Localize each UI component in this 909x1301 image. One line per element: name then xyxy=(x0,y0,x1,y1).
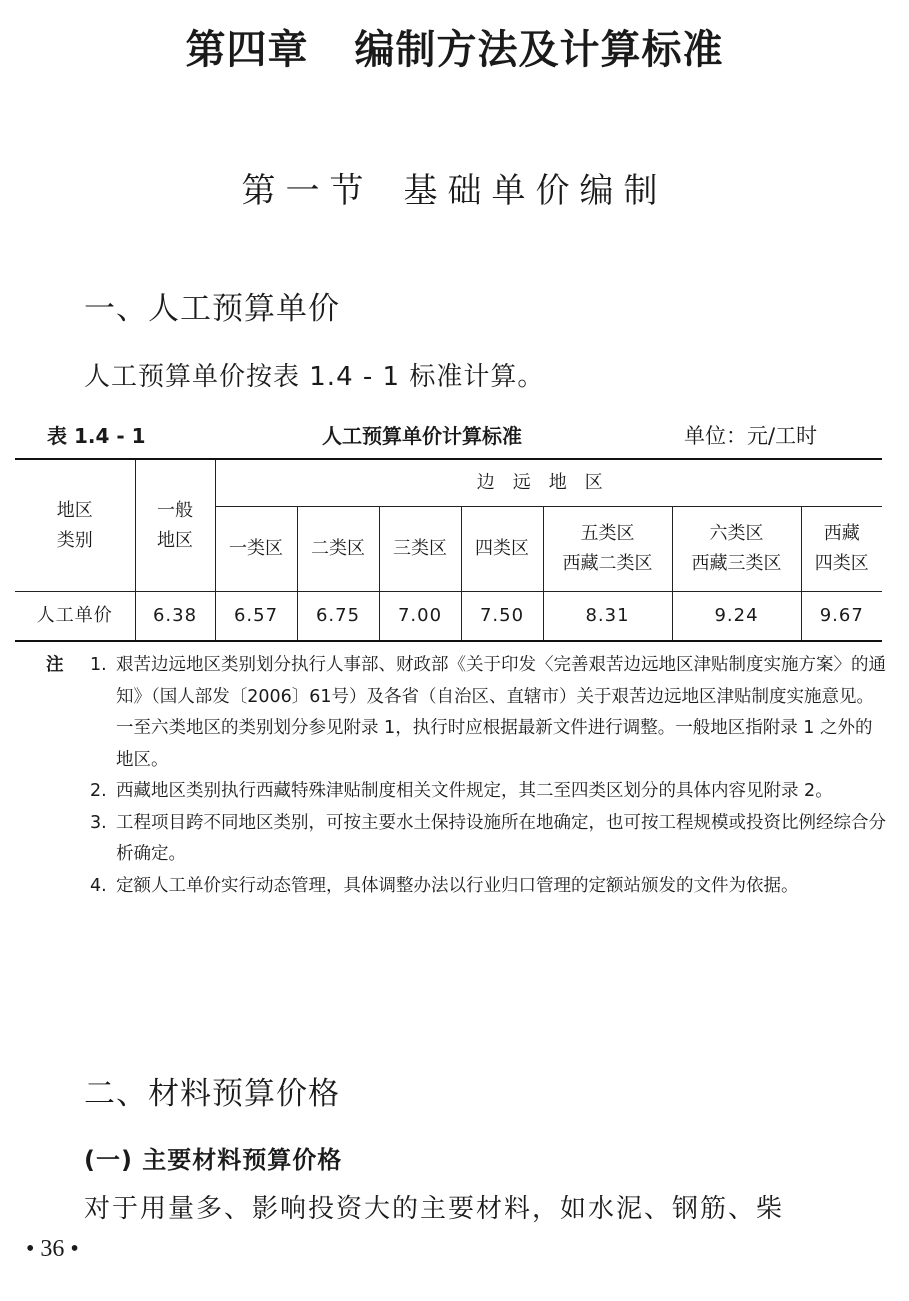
cell-value: 6.75 xyxy=(297,592,379,642)
note-text: 西藏地区类别执行西藏特殊津贴制度相关文件规定，其二至四类区划分的具体内容见附录 … xyxy=(116,781,833,801)
subheading-main-material: (一) 主要材料预算价格 xyxy=(84,1140,342,1175)
cell-value: 9.24 xyxy=(672,592,801,642)
chapter-label: 第四章 xyxy=(186,26,309,73)
header-general-region: 一般 地区 xyxy=(135,459,215,592)
note-item: 4. 定额人工单价实行动态管理，具体调整办法以行业归口管理的定额站颁发的文件为依… xyxy=(46,871,886,903)
note-item: 3. 工程项目跨不同地区类别，可按主要水土保持设施所在地确定，也可按工程规模或投… xyxy=(46,808,886,871)
table-unit: 单位：元/工时 xyxy=(684,420,817,450)
header-col: 五类区 西藏二类区 xyxy=(543,507,672,592)
header-col: 六类区 西藏三类区 xyxy=(672,507,801,592)
header-col: 西藏 四类区 xyxy=(801,507,882,592)
paragraph-labor-intro: 人工预算单价按表 1.4 - 1 标准计算。 xyxy=(84,356,544,393)
cell-value: 9.67 xyxy=(801,592,882,642)
cell-value: 8.31 xyxy=(543,592,672,642)
chapter-name: 编制方法及计算标准 xyxy=(355,26,724,73)
cell-value: 6.57 xyxy=(215,592,297,642)
table-id: 表 1.4 - 1 xyxy=(47,420,146,449)
header-col: 三类区 xyxy=(379,507,461,592)
section-label: 第一节 xyxy=(242,171,374,211)
heading-material-price: 二、材料预算价格 xyxy=(84,1068,340,1113)
note-number: 3. xyxy=(90,808,107,840)
section-name: 基础单价编制 xyxy=(404,171,668,211)
note-number: 4. xyxy=(90,871,107,903)
header-region-category: 地区 类别 xyxy=(15,459,135,592)
paragraph-main-material: 对于用量多、影响投资大的主要材料，如水泥、钢筋、柴 xyxy=(84,1188,784,1225)
table-notes: 注 1. 艰苦边远地区类别划分执行人事部、财政部《关于印发〈完善艰苦边远地区津贴… xyxy=(46,650,886,902)
note-text: 艰苦边远地区类别划分执行人事部、财政部《关于印发〈完善艰苦边远地区津贴制度实施方… xyxy=(116,655,886,770)
cell-value: 7.00 xyxy=(379,592,461,642)
cell-value: 6.38 xyxy=(135,592,215,642)
note-item: 2. 西藏地区类别执行西藏特殊津贴制度相关文件规定，其二至四类区划分的具体内容见… xyxy=(46,776,886,808)
note-text: 工程项目跨不同地区类别，可按主要水土保持设施所在地确定，也可按工程规模或投资比例… xyxy=(116,813,886,865)
header-col: 四类区 xyxy=(461,507,543,592)
note-text: 定额人工单价实行动态管理，具体调整办法以行业归口管理的定额站颁发的文件为依据。 xyxy=(116,876,799,896)
section-title: 第一节基础单价编制 xyxy=(0,163,909,212)
note-number: 1. xyxy=(90,650,107,682)
header-col: 一类区 xyxy=(215,507,297,592)
note-item: 1. 艰苦边远地区类别划分执行人事部、财政部《关于印发〈完善艰苦边远地区津贴制度… xyxy=(46,650,886,776)
row-label: 人工单价 xyxy=(15,592,135,642)
table-title: 人工预算单价计算标准 xyxy=(322,420,522,449)
page-number: • 36 • xyxy=(26,1236,79,1263)
header-remote-region: 边远地区 xyxy=(215,459,882,507)
cell-value: 7.50 xyxy=(461,592,543,642)
chapter-title: 第四章编制方法及计算标准 xyxy=(0,18,909,75)
heading-labor-unit-price: 一、人工预算单价 xyxy=(84,283,340,328)
table-row: 人工单价 6.38 6.57 6.75 7.00 7.50 8.31 9.24 … xyxy=(15,592,882,642)
labor-price-table: 地区 类别 一般 地区 边远地区 一类区 二类区 三类区 四类区 五类区 西藏二… xyxy=(15,458,882,642)
header-col: 二类区 xyxy=(297,507,379,592)
note-number: 2. xyxy=(90,776,107,808)
